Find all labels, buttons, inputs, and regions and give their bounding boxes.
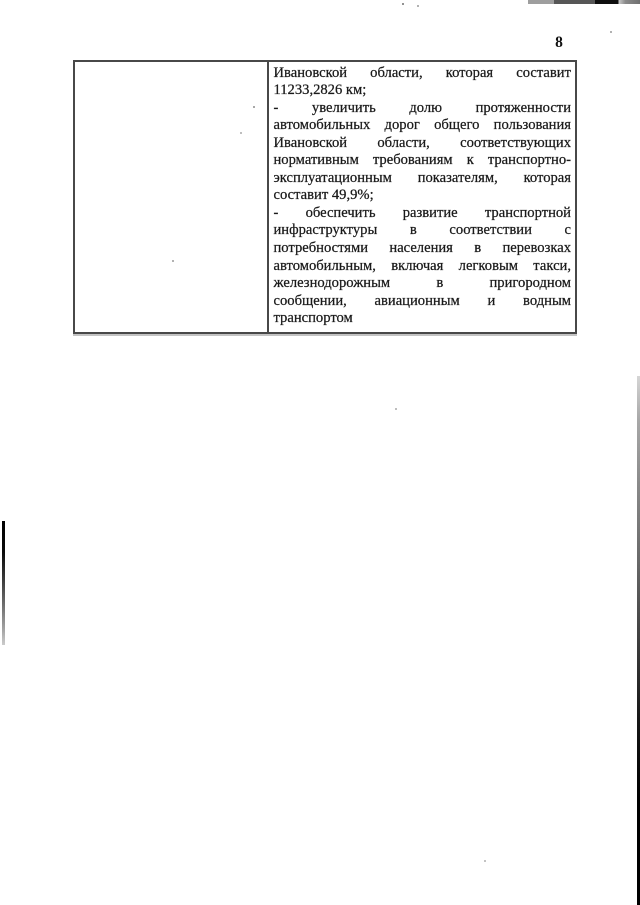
text-line: сообщении, авиационным и водным	[274, 293, 572, 311]
text-line: потребностями населения в перевозках	[274, 240, 572, 258]
scan-artifact-left-streak	[2, 521, 5, 645]
text-line: составит 49,9%;	[274, 187, 572, 205]
text-line: автомобильных дорог общего пользования	[274, 117, 572, 135]
page-number: 8	[548, 34, 570, 52]
scan-speck	[253, 106, 255, 108]
text-line: железнодорожным в пригородном	[274, 275, 572, 293]
text-line: - обеспечить развитие транспортной	[274, 205, 572, 223]
table-cell-right: Ивановской области, которая составит1123…	[269, 62, 576, 332]
text-line: - увеличить долю протяженности	[274, 100, 572, 118]
text-line: Ивановской области, которая составит	[274, 65, 572, 83]
scan-speck	[610, 31, 612, 33]
text-line: 11233,2826 км;	[274, 82, 572, 100]
scan-speck	[484, 860, 486, 862]
table-cell-left	[75, 62, 267, 332]
scan-speck	[417, 5, 419, 7]
document-page: 8 Ивановской области, которая составит11…	[0, 0, 640, 905]
text-line: эксплуатационным показателям, которая	[274, 170, 572, 188]
text-line: Ивановской области, соответствующих	[274, 135, 572, 153]
text-line: нормативным требованиям к транспортно-	[274, 152, 572, 170]
scan-speck	[395, 408, 397, 410]
scan-artifact-top-strip	[528, 0, 640, 4]
content-table: Ивановской области, которая составит1123…	[73, 60, 577, 334]
text-line: автомобильным, включая легковым такси,	[274, 258, 572, 276]
scan-speck	[172, 260, 174, 262]
scan-speck	[240, 132, 242, 134]
text-line: инфраструктуры в соответствии с	[274, 222, 572, 240]
scan-speck	[402, 3, 404, 5]
text-line: транспортом	[274, 310, 572, 328]
